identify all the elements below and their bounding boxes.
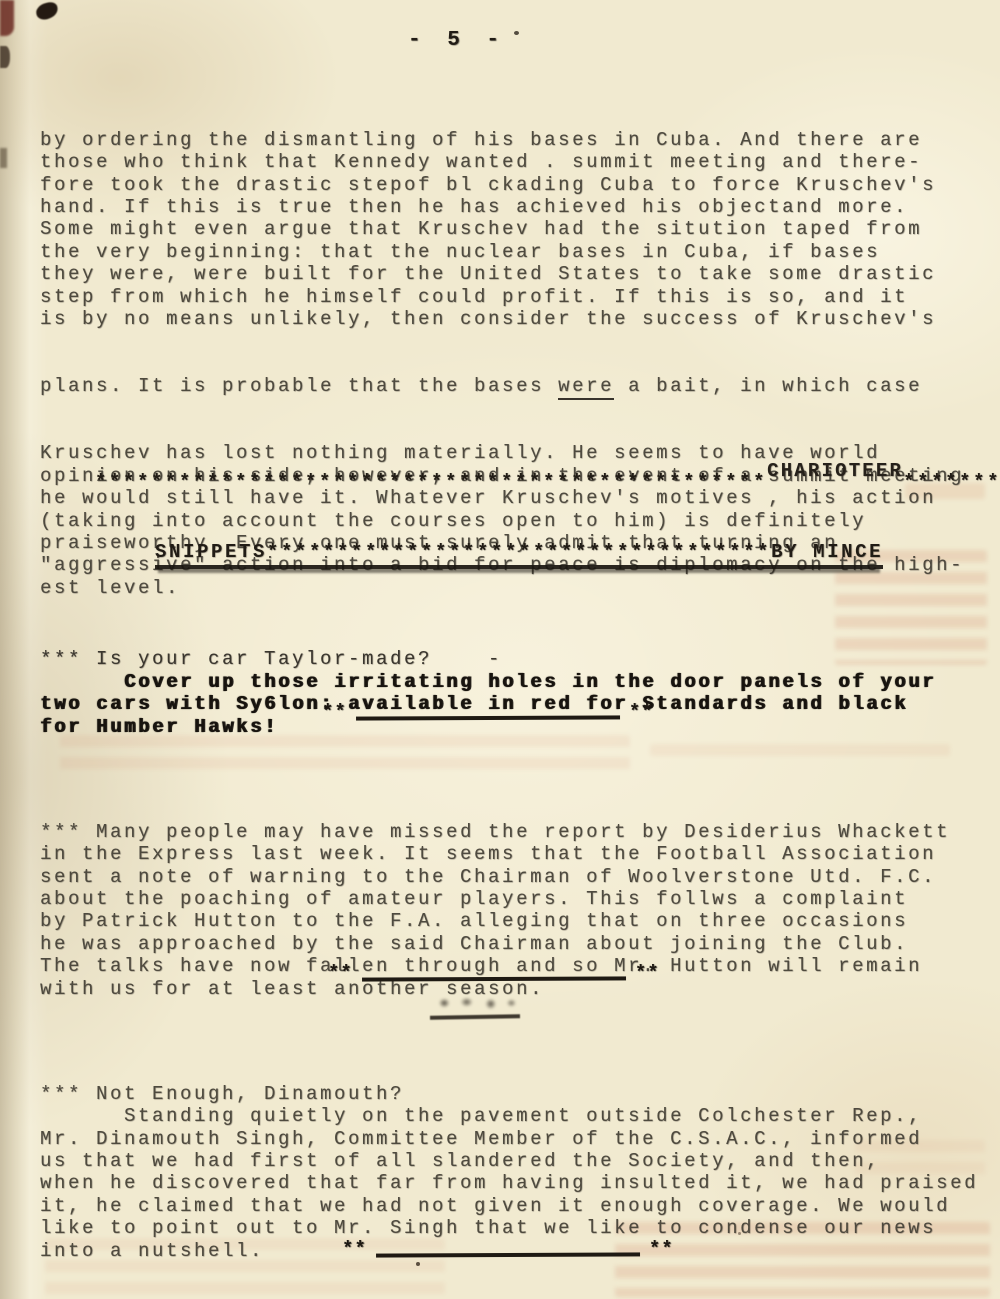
typed-line: Some might even argue that Kruschev had … xyxy=(40,218,964,240)
typed-line: when he discovered that far from having … xyxy=(40,1172,978,1194)
typed-line: fore took the drastic stepof bl ckading … xyxy=(40,174,964,196)
divider-rule xyxy=(362,961,626,981)
typed-line: he was approached by the said Chairman a… xyxy=(40,933,950,955)
underlined-word: were xyxy=(558,375,614,400)
page-number: - 5 - xyxy=(408,29,506,52)
typed-line: by ordering the dismantling of his bases… xyxy=(40,129,964,151)
ink-speck xyxy=(514,31,519,35)
typed-line: like to point out to Mr. Singh that we l… xyxy=(40,1217,978,1239)
typed-line: est level. xyxy=(40,577,964,599)
typed-line: about the poaching of amateur players. T… xyxy=(40,888,950,910)
typed-line-bait: plans. It is probable that the bases wer… xyxy=(40,375,964,397)
typed-line: hand. If this is true then he has achiev… xyxy=(40,196,964,218)
typed-line: those who think that Kennedy wanted . su… xyxy=(40,151,964,173)
divider-stars-left: ** xyxy=(322,701,347,723)
corner-ink-mark xyxy=(0,0,14,36)
typed-line: the very beginning: that the nuclear bas… xyxy=(40,241,964,263)
typed-line: they were, were built for the United Sta… xyxy=(40,263,964,285)
section-divider: ** ** xyxy=(342,1238,674,1260)
typed-line: is by no means unlikely, then consider t… xyxy=(40,308,964,330)
asterisk-rule-left: ****************************************… xyxy=(95,471,767,493)
divider-stars-left: ** xyxy=(342,1238,367,1260)
article-lines-top: by ordering the dismantling of his bases… xyxy=(40,129,964,331)
byline: BY MINCE xyxy=(771,541,883,563)
typed-line: by Patrick Hutton to the F.A. alleging t… xyxy=(40,910,950,932)
typed-line: Standing quietly on the pavement outside… xyxy=(40,1105,978,1127)
scanned-newsletter-page: - 5 - by ordering the dismantling of his… xyxy=(0,0,1000,1299)
header-asterisks: ************************************ xyxy=(267,541,771,563)
typed-line: Mr. Dinamouth Singh, Committee Member of… xyxy=(40,1128,978,1150)
edge-ink-mark xyxy=(0,46,10,68)
bait-post: a bait, in which case xyxy=(614,375,922,397)
typed-line: step from which he himself could profit.… xyxy=(40,286,964,308)
divider-stars-left: ** xyxy=(328,962,353,984)
divider-stars-right: ** xyxy=(649,1238,674,1260)
edge-ink-mark xyxy=(0,148,7,168)
divider-stars-right: ** xyxy=(629,701,654,723)
asterisk-rule-right: ******* xyxy=(903,471,1000,493)
advert-line: Cover up those irritating holes in the d… xyxy=(40,671,936,693)
typed-line: us that we had first of all slandered th… xyxy=(40,1150,978,1172)
divider-rule xyxy=(376,1237,640,1257)
signature-row: ****************************************… xyxy=(95,471,1000,493)
divider-rule xyxy=(356,700,620,720)
ink-blot xyxy=(34,1,59,22)
snippet-lines: *** Not Enough, Dinamouth? Standing quie… xyxy=(40,1083,978,1262)
typed-line: *** Many people may have missed the repo… xyxy=(40,821,950,843)
section-divider: ** ** xyxy=(328,962,660,984)
typed-line: sent a note of warning to the Chairman o… xyxy=(40,866,950,888)
author-signature: CHARIOTEER xyxy=(767,460,903,482)
typed-line: it, he claimed that we had not given it … xyxy=(40,1195,978,1217)
bait-pre: plans. It is probable that the bases xyxy=(40,375,558,397)
divider-stars-right: ** xyxy=(635,962,660,984)
illegible-smudge-heading xyxy=(434,994,520,1012)
section-divider: ** ** xyxy=(322,701,654,723)
typed-line: in the Express last week. It seems that … xyxy=(40,843,950,865)
typed-line: (taking into account the courses open to… xyxy=(40,510,964,532)
typed-line: *** Not Enough, Dinamouth? xyxy=(40,1083,978,1105)
section-title: SNIPPETS xyxy=(155,541,267,563)
snippets-header: SNIPPETS********************************… xyxy=(155,541,883,569)
